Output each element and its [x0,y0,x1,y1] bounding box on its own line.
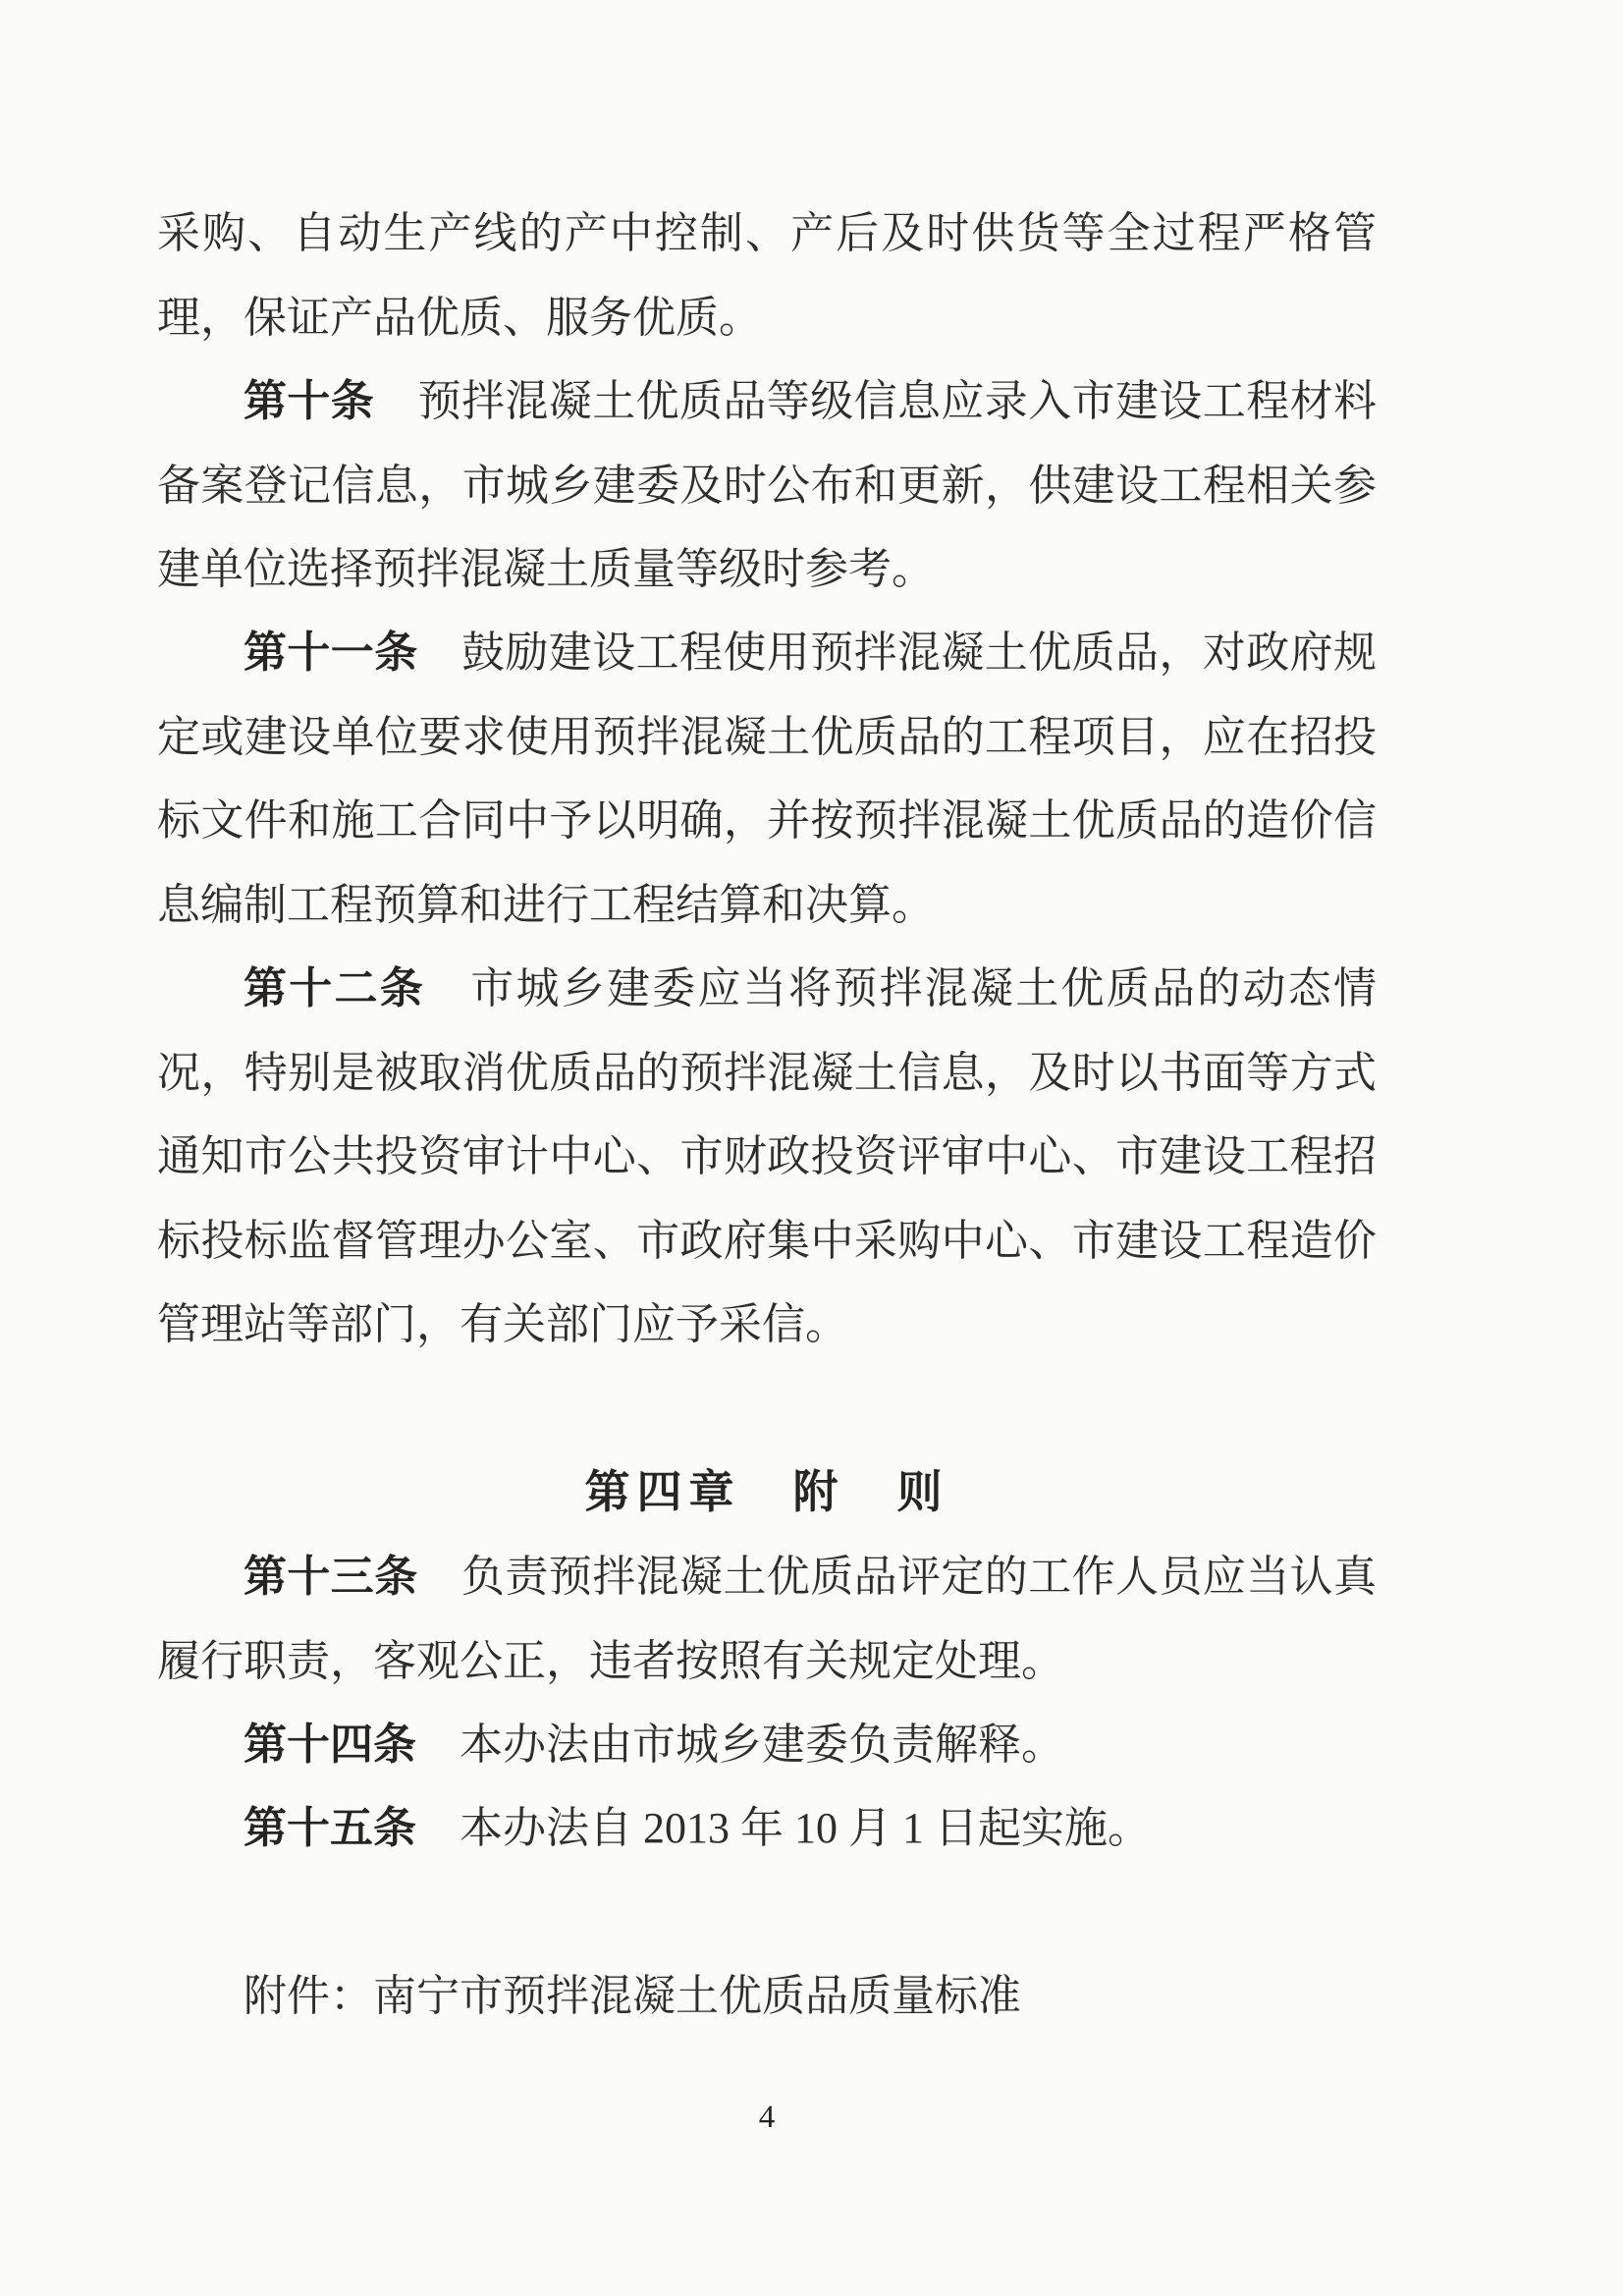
paragraph-text: 采购、自动生产线的产中控制、产后及时供货等全过程严格管理，保证产品优质、服务优质… [157,209,1377,342]
article-11-paragraph: 第十一条 鼓励建设工程使用预拌混凝土优质品，对政府规定或建设单位要求使用预拌混凝… [157,611,1377,947]
document-page: 采购、自动生产线的产中控制、产后及时供货等全过程严格管理，保证产品优质、服务优质… [0,0,1623,2296]
article-15-label: 第十五条 [243,1804,416,1852]
article-12-label: 第十二条 [243,964,425,1012]
article-14-label: 第十四条 [243,1721,416,1769]
article-14-text: 本办法由市城乡建委负责解释。 [416,1721,1064,1769]
paragraph-continuation: 采购、自动生产线的产中控制、产后及时供货等全过程严格管理，保证产品优质、服务优质… [157,191,1377,359]
page-number: 4 [157,2098,1377,2137]
article-12-text: 市城乡建委应当将预拌混凝土优质品的动态情况，特别是被取消优质品的预拌混凝土信息，… [157,964,1377,1348]
article-10-paragraph: 第十条 预拌混凝土优质品等级信息应录入市建设工程材料备案登记信息，市城乡建委及时… [157,359,1377,612]
article-10-label: 第十条 [243,377,374,425]
article-11-label: 第十一条 [243,629,418,677]
article-13-label: 第十三条 [243,1553,418,1601]
article-13-paragraph: 第十三条 负责预拌混凝土优质品评定的工作人员应当认真履行职责，客观公正，违者按照… [157,1535,1377,1703]
attachment-text: 附件：南宁市预拌混凝土优质品质量标准 [243,1972,1021,2020]
article-14-paragraph: 第十四条 本办法由市城乡建委负责解释。 [157,1703,1377,1787]
article-12-paragraph: 第十二条 市城乡建委应当将预拌混凝土优质品的动态情况，特别是被取消优质品的预拌混… [157,947,1377,1367]
article-15-paragraph: 第十五条 本办法自 2013 年 10 月 1 日起实施。 [157,1786,1377,1871]
attachment-line: 附件：南宁市预拌混凝土优质品质量标准 [157,1954,1377,2039]
chapter-heading: 第四章 附 则 [157,1450,1377,1535]
article-15-text: 本办法自 2013 年 10 月 1 日起实施。 [416,1804,1151,1852]
